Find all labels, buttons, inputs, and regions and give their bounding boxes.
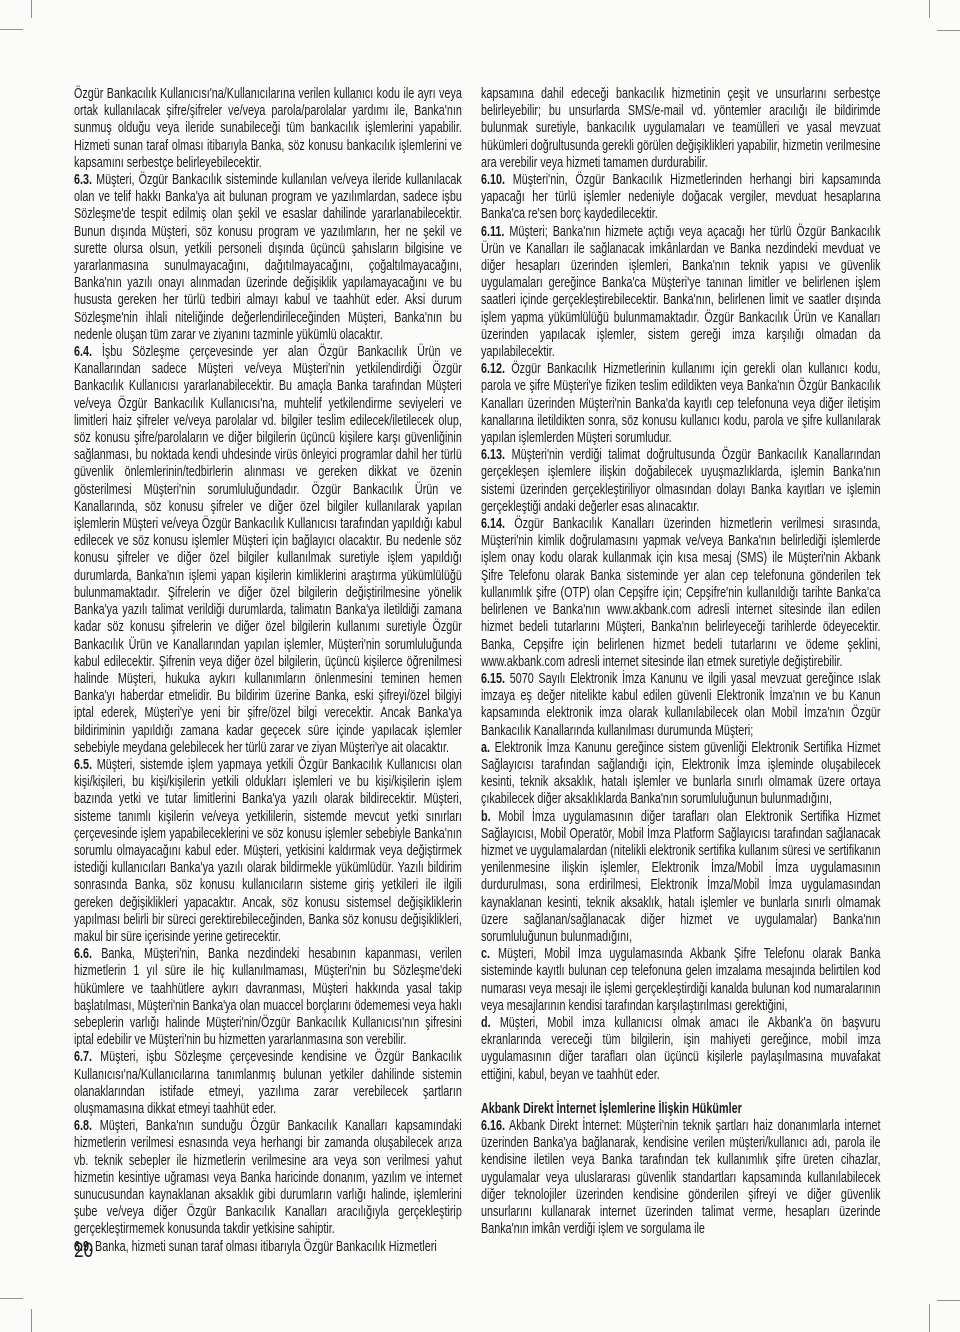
clause-text: Müşteri, Mobil imza kullanıcısı olmak am… [481, 1015, 880, 1083]
clause-number: b. [481, 809, 491, 825]
contract-paragraph: 6.7. Müşteri, işbu Sözleşme çerçevesinde… [74, 1049, 462, 1118]
clause-text: Müşteri; Banka'nın hizmete açtığı veya a… [481, 224, 880, 360]
left-column-text: Özgür Bankacılık Kullanıcısı'na/Kullanıc… [74, 86, 462, 1256]
contract-paragraph: 6.13. Müşteri'nin verdiği talimat doğrul… [481, 447, 880, 516]
section-heading: Akbank Direkt İnternet İşlemlerine İlişk… [481, 1101, 880, 1118]
clause-number: 6.15. [481, 671, 505, 687]
clause-text: Elektronik İmza Kanunu gereğince sistem … [481, 740, 880, 808]
clause-number: 6.12. [481, 361, 505, 377]
clause-number: 6.4. [74, 344, 92, 360]
crop-mark-bottom-left-vertical [31, 1309, 32, 1332]
clause-text: Müşteri'nin verdiği talimat doğrultusund… [481, 447, 880, 515]
clause-number: 6.3. [74, 172, 92, 188]
contract-paragraph: kapsamına dahil edeceği bankacılık hizme… [481, 86, 880, 172]
clause-text: 5070 Sayılı Elektronik İmza Kanunu ve il… [481, 671, 880, 739]
clause-text: Müşteri, işbu Sözleşme çerçevesinde kend… [74, 1049, 462, 1117]
clause-number: c. [481, 946, 490, 962]
contract-paragraph: b. Mobil İmza uygulamasının diğer tarafl… [481, 809, 880, 947]
contract-paragraph: 6.12. Özgür Bankacılık Hizmetlerinin kul… [481, 361, 880, 447]
contract-paragraph: 6.15. 5070 Sayılı Elektronik İmza Kanunu… [481, 671, 880, 740]
clause-text: Banka, Müşteri'nin, Banka nezdindeki hes… [74, 946, 462, 1048]
contract-paragraph: 6.5. Müşteri, sistemde işlem yapmaya yet… [74, 757, 462, 946]
clause-text: İşbu Sözleşme çerçevesinde yer alan Özgü… [74, 344, 462, 756]
page-number: 20 [74, 1239, 93, 1263]
contract-paragraph: c. Müşteri, Mobil İmza uygulamasında Akb… [481, 946, 880, 1015]
clause-text: Müşteri, Özgür Bankacılık sisteminde kul… [74, 172, 462, 343]
crop-mark-bottom-left-horizontal [0, 1298, 23, 1299]
document-page: Özgür Bankacılık Kullanıcısı'na/Kullanıc… [0, 0, 960, 1332]
clause-text: Müşteri, Mobil İmza uygulamasında Akbank… [481, 946, 880, 1014]
clause-text: Müşteri, Banka'nın sunduğu Özgür Bankacı… [74, 1118, 462, 1237]
crop-mark-top-right-vertical [929, 0, 930, 18]
clause-number: 6.11. [481, 224, 504, 240]
crop-mark-top-left-horizontal [0, 29, 23, 30]
left-column: Özgür Bankacılık Kullanıcısı'na/Kullanıc… [74, 86, 462, 1256]
clause-number: 6.16. [481, 1118, 505, 1134]
crop-mark-bottom-right-horizontal [937, 1300, 960, 1301]
clause-text: Özgür Bankacılık Kanalları üzerinden hiz… [481, 516, 880, 670]
contract-paragraph: 6.8. Müşteri, Banka'nın sunduğu Özgür Ba… [74, 1118, 462, 1238]
right-column: kapsamına dahil edeceği bankacılık hizme… [481, 86, 881, 1238]
contract-paragraph: 6.9. Banka, hizmeti sunan taraf olması i… [74, 1239, 462, 1256]
clause-number: 6.7. [74, 1049, 92, 1065]
clause-text: Özgür Bankacılık Hizmetlerinin kullanımı… [481, 361, 880, 446]
clause-text: Müşteri'nin, Özgür Bankacılık Hizmetleri… [481, 172, 880, 222]
clause-number: 6.13. [481, 447, 505, 463]
contract-paragraph: 6.3. Müşteri, Özgür Bankacılık sistemind… [74, 172, 462, 344]
clause-text: kapsamına dahil edeceği bankacılık hizme… [481, 86, 880, 171]
contract-paragraph: Özgür Bankacılık Kullanıcısı'na/Kullanıc… [74, 86, 462, 172]
contract-paragraph: d. Müşteri, Mobil imza kullanıcısı olmak… [481, 1015, 880, 1084]
clause-number: 6.5. [74, 757, 92, 773]
clause-number: 6.10. [481, 172, 505, 188]
clause-number: 6.6. [74, 946, 92, 962]
contract-paragraph: a. Elektronik İmza Kanunu gereğince sist… [481, 740, 880, 809]
clause-number: 6.14. [481, 516, 505, 532]
crop-mark-bottom-right-vertical [929, 1304, 930, 1332]
contract-paragraph: 6.14. Özgür Bankacılık Kanalları üzerind… [481, 516, 880, 671]
crop-mark-top-left-vertical [31, 0, 32, 18]
contract-paragraph: 6.6. Banka, Müşteri'nin, Banka nezdindek… [74, 946, 462, 1049]
contract-paragraph: 6.10. Müşteri'nin, Özgür Bankacılık Hizm… [481, 172, 880, 224]
clause-text: Özgür Bankacılık Kullanıcısı'na/Kullanıc… [74, 86, 462, 171]
clause-text: Akbank Direkt İnternet: Müşteri'nin tekn… [481, 1118, 881, 1237]
contract-paragraph: 6.16. Akbank Direkt İnternet: Müşteri'ni… [481, 1118, 880, 1238]
right-column-text: kapsamına dahil edeceği bankacılık hizme… [481, 86, 880, 1238]
crop-mark-top-right-horizontal [937, 30, 960, 31]
contract-paragraph: 6.11. Müşteri; Banka'nın hizmete açtığı … [481, 224, 880, 362]
clause-text: Mobil İmza uygulamasının diğer tarafları… [481, 809, 880, 945]
clause-number: 6.8. [74, 1118, 92, 1134]
clause-number: a. [481, 740, 490, 756]
contract-paragraph: 6.4. İşbu Sözleşme çerçevesinde yer alan… [74, 344, 462, 757]
clause-text: Banka, hizmeti sunan taraf olması itibar… [95, 1239, 437, 1255]
clause-number: d. [481, 1015, 491, 1031]
clause-text: Müşteri, sistemde işlem yapmaya yetkili … [74, 757, 462, 945]
